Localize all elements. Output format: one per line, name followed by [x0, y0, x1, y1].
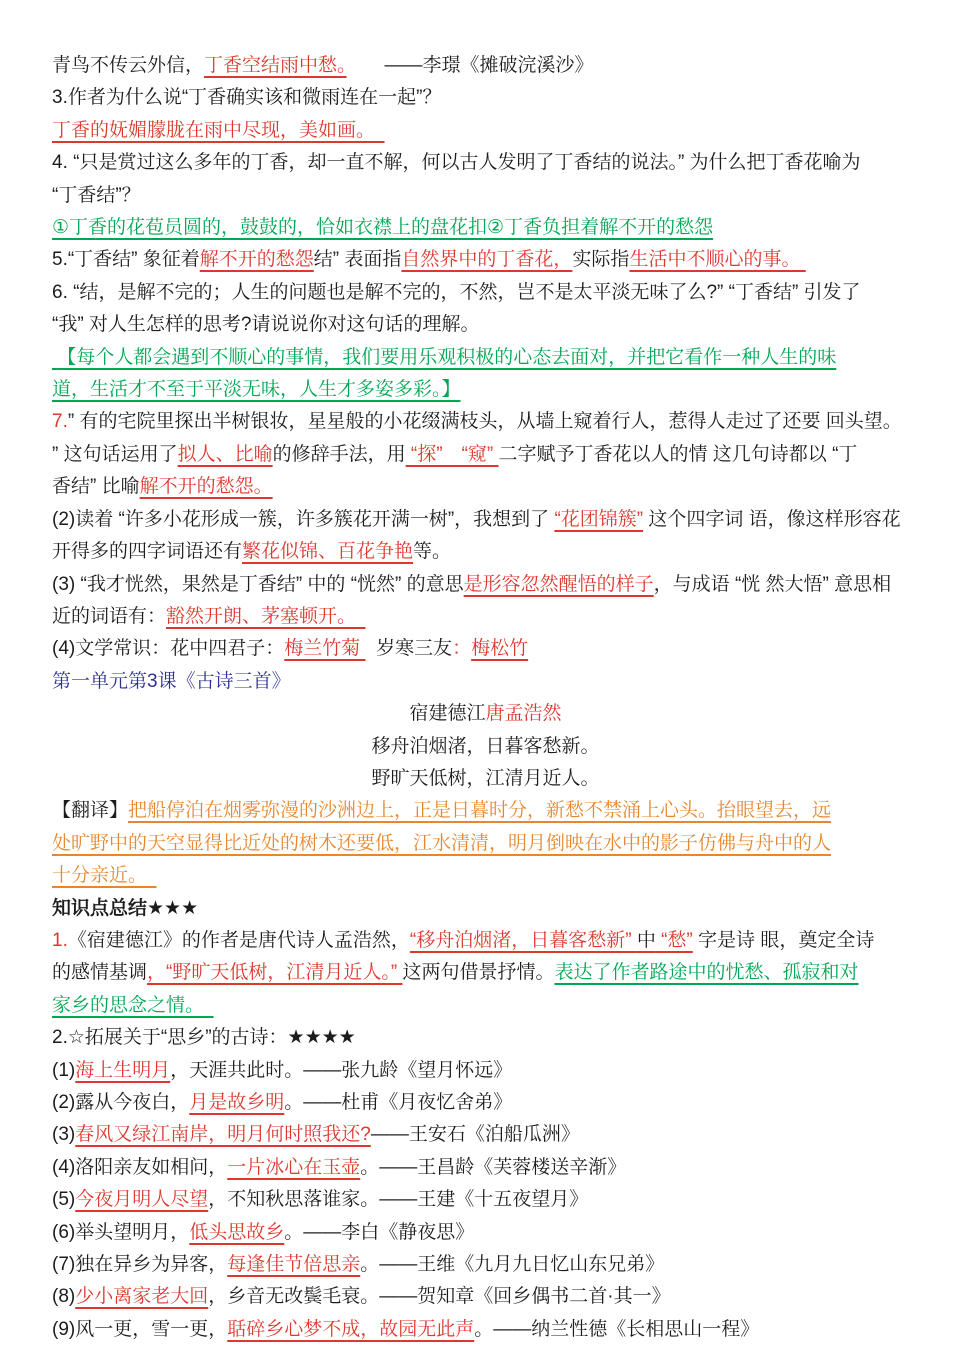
- text-run: 月是故乡明: [189, 1092, 284, 1113]
- text-run: (8): [52, 1286, 75, 1307]
- text-run: ，“野旷天低树，江清月近人。”: [147, 962, 402, 983]
- text-run: 今夜月明人尽望: [75, 1189, 208, 1210]
- text-run: (3) “我才恍然，果然是丁香结” 中的 “恍然” 的意思: [52, 574, 464, 595]
- text-run: 道，生活才不至于平淡无味，人生才多姿多彩。】: [52, 379, 461, 400]
- text-run: 香结” 比喻: [52, 476, 140, 497]
- text-line: 移舟泊烟渚，日暮客愁新。: [52, 731, 919, 763]
- text-line: 野旷天低树，江清月近人。: [52, 763, 919, 795]
- text-run: 生活中不顺心的事。: [629, 249, 805, 270]
- text-run: 处旷野中的天空显得比近处的树木还要低，江水清清，明月倒映在水中的影子仿佛与舟中的…: [52, 833, 831, 854]
- text-line: 【翻译】把船停泊在烟雾弥漫的沙洲边上，正是日暮时分，新愁不禁涌上心头。抬眼望去，…: [52, 795, 919, 827]
- text-line: 4. “只是赏过这么多年的丁香，却一直不解，何以古人发明了丁香结的说法。” 为什…: [52, 147, 919, 179]
- text-run: 一片冰心在玉壶: [227, 1157, 360, 1178]
- text-run: 6. “结，是解不完的；人生的问题也是解不完的，不然，岂不是太平淡无味了么?” …: [52, 282, 861, 303]
- text-run: 近的词语有：: [52, 606, 166, 627]
- text-line: (1)海上生明月，天涯共此时。——张九龄《望月怀远》: [52, 1055, 919, 1087]
- text-run: 青鸟不传云外信，: [52, 55, 204, 76]
- text-run: “探” “窥”: [406, 444, 499, 465]
- text-run: 二字赋予丁香花以人的情 这几句诗都以 “丁: [499, 444, 858, 465]
- text-run: 是形容忽然醒悟的样子: [464, 574, 654, 595]
- text-run: 。——杜甫《月夜忆舍弟》: [284, 1092, 512, 1113]
- text-run: ” 这句话运用了: [52, 444, 178, 465]
- text-line: 宿建德江唐孟浩然: [52, 698, 919, 730]
- text-run: 丁香的妩媚朦胧在雨中尽现，美如画。: [52, 120, 385, 141]
- text-line: (2)露从今夜白，月是故乡明。——杜甫《月夜忆舍弟》: [52, 1087, 919, 1119]
- text-run: 这两句借景抒情。: [402, 962, 554, 983]
- text-line: (6)举头望明月，低头思故乡。——李白《静夜思》: [52, 1217, 919, 1249]
- text-line: 开得多的四字词语还有繁花似锦、百花争艳等。: [52, 536, 919, 568]
- text-line: (4)文学常识：花中四君子：梅兰竹菊 岁寒三友：梅松竹: [52, 633, 919, 665]
- text-run: “愁”: [656, 930, 693, 951]
- text-run: 【每个人都会遇到不顺心的事情，我们要用乐观积极的心态去面对，并把它看作一种人生的…: [52, 347, 836, 368]
- text-run: (4)文学常识：花中四君子：: [52, 638, 284, 659]
- text-run: ①丁香的花苞员圆的，鼓鼓的，恰如衣襟上的盘花扣②丁香负担着解不开的愁怨: [52, 217, 713, 238]
- text-run: 豁然开朗、茅塞顿开。: [166, 606, 366, 627]
- text-line: 近的词语有：豁然开朗、茅塞顿开。: [52, 601, 919, 633]
- text-run: 开得多的四字词语还有: [52, 541, 242, 562]
- text-run: 低头思故乡: [189, 1222, 284, 1243]
- text-line: (4)洛阳亲友如相问，一片冰心在玉壶。——王昌龄《芙蓉楼送辛渐》: [52, 1152, 919, 1184]
- text-line: 丁香的妩媚朦胧在雨中尽现，美如画。: [52, 115, 919, 147]
- text-line: (9)风一更，雪一更，聒碎乡心梦不成，故园无此声。——纳兰性德《长相思山一程》: [52, 1314, 919, 1346]
- text-line: 3.作者为什么说“丁香确实该和微雨连在一起”？: [52, 82, 919, 114]
- text-run: (7)独在异乡为异客，: [52, 1254, 227, 1275]
- text-run: 中: [637, 930, 656, 951]
- text-run: 的修辞手法，用: [273, 444, 406, 465]
- document-page: 青鸟不传云外信，丁香空结雨中愁。 ——李璟《摊破浣溪沙》3.作者为什么说“丁香确…: [0, 0, 965, 1365]
- text-run: (5): [52, 1189, 75, 1210]
- text-run: 这个四字词 语，像这样形容花: [643, 509, 901, 530]
- text-line: 7.” 有的宅院里探出半树银妆，星星般的小花缀满枝头，从墙上窥着行人，惹得人走过…: [52, 406, 919, 438]
- text-run: 。——纳兰性德《长相思山一程》: [474, 1319, 759, 1340]
- text-run: 《宿建德江》的作者是唐代诗人孟浩然，: [68, 930, 410, 951]
- text-line: (3)春风又绿江南岸，明月何时照我还?——王安石《泊船瓜洲》: [52, 1119, 919, 1151]
- text-run: “我” 对人生怎样的思考?请说说你对这句话的理解。: [52, 314, 480, 335]
- text-run: 少小离家老大回: [75, 1286, 208, 1307]
- text-run: 知识点总结★★★: [52, 898, 198, 919]
- text-line: 5.“丁香结” 象征着解不开的愁怨结” 表面指自然界中的丁香花，实际指生活中不顺…: [52, 244, 919, 276]
- text-run: 表达了作者路途中的忧愁、孤寂和对: [554, 962, 858, 983]
- text-run: 繁花似锦、百花争艳: [242, 541, 413, 562]
- text-run: 每逢佳节倍思亲: [227, 1254, 360, 1275]
- text-run: 第一单元第3课《古诗三首》: [52, 671, 291, 692]
- text-run: 解不开的愁怨: [200, 249, 314, 270]
- text-run: (6)举头望明月，: [52, 1222, 189, 1243]
- text-run: 的感情基调: [52, 962, 147, 983]
- text-line: 的感情基调，“野旷天低树，江清月近人。” 这两句借景抒情。表达了作者路途中的忧愁…: [52, 957, 919, 989]
- text-run: 自然界中的丁香花，: [401, 249, 572, 270]
- text-run: 解不开的愁怨。: [140, 476, 273, 497]
- text-run: (3): [52, 1124, 75, 1145]
- text-run: ：: [452, 638, 471, 659]
- text-line: 知识点总结★★★: [52, 893, 919, 925]
- text-run: 丁香空结雨中愁。: [204, 55, 347, 76]
- text-run: (2)露从今夜白，: [52, 1092, 189, 1113]
- text-run: 。——李白《静夜思》: [284, 1222, 474, 1243]
- text-run: 海上生明月: [75, 1060, 170, 1081]
- text-run: ，不知秋思落谁家。——王建《十五夜望月》: [208, 1189, 588, 1210]
- text-run: 。——王昌龄《芙蓉楼送辛渐》: [360, 1157, 626, 1178]
- text-line: 青鸟不传云外信，丁香空结雨中愁。 ——李璟《摊破浣溪沙》: [52, 50, 919, 82]
- text-run: 家乡的思念之情。: [52, 995, 214, 1016]
- text-run: 7.: [52, 411, 68, 432]
- text-run: 移舟泊烟渚，日暮客愁新。: [371, 736, 599, 757]
- text-line: (8)少小离家老大回，乡音无改鬓毛衰。——贺知章《回乡偶书二首·其一》: [52, 1281, 919, 1313]
- text-line: “丁香结”？: [52, 180, 919, 212]
- text-run: (2)读着 “许多小花形成一簇，许多簇花开满一树”，我想到了: [52, 509, 554, 530]
- text-run: 拟人、比喻: [178, 444, 273, 465]
- text-line: 十分亲近。: [52, 860, 919, 892]
- text-run: 3.作者为什么说“丁香确实该和微雨连在一起”？: [52, 87, 442, 108]
- text-run: ——李璟《摊破浣溪沙》: [347, 55, 594, 76]
- text-run: 字是诗 眼，奠定全诗: [693, 930, 875, 951]
- text-run: 岁寒三友: [366, 638, 453, 659]
- text-line: 处旷野中的天空显得比近处的树木还要低，江水清清，明月倒映在水中的影子仿佛与舟中的…: [52, 828, 919, 860]
- text-run: 1.: [52, 930, 68, 951]
- text-run: 实际指: [572, 249, 629, 270]
- text-run: 【翻译】: [52, 800, 128, 821]
- text-run: 。——王维《九月九日忆山东兄弟》: [360, 1254, 664, 1275]
- text-line: ①丁香的花苞员圆的，鼓鼓的，恰如衣襟上的盘花扣②丁香负担着解不开的愁怨: [52, 212, 919, 244]
- text-run: 把船停泊在烟雾弥漫的沙洲边上，正是日暮时分，新愁不禁涌上心头。抬眼望去，远: [128, 800, 831, 821]
- text-run: 唐孟浩然: [486, 703, 562, 724]
- text-run: ，乡音无改鬓毛衰。——贺知章《回乡偶书二首·其一》: [208, 1286, 670, 1307]
- text-run: 野旷天低树，江清月近人。: [371, 768, 599, 789]
- text-run: 十分亲近。: [52, 865, 157, 886]
- text-run: 梅松竹: [471, 638, 528, 659]
- text-run: “丁香结”？: [52, 185, 141, 206]
- text-run: “花团锦簇”: [554, 509, 643, 530]
- text-line: 第一单元第3课《古诗三首》: [52, 666, 919, 698]
- text-line: 家乡的思念之情。: [52, 990, 919, 1022]
- text-line: 香结” 比喻解不开的愁怨。: [52, 471, 919, 503]
- text-run: (9)风一更，雪一更，: [52, 1319, 227, 1340]
- text-line: (5)今夜月明人尽望，不知秋思落谁家。——王建《十五夜望月》: [52, 1184, 919, 1216]
- text-run: ——王安石《泊船瓜洲》: [371, 1124, 580, 1145]
- text-run: 5.“丁香结” 象征着: [52, 249, 200, 270]
- text-line: 【每个人都会遇到不顺心的事情，我们要用乐观积极的心态去面对，并把它看作一种人生的…: [52, 342, 919, 374]
- text-run: 2.☆拓展关于“思乡”的古诗：★★★★: [52, 1027, 356, 1048]
- text-line: 2.☆拓展关于“思乡”的古诗：★★★★: [52, 1022, 919, 1054]
- text-run: “移舟泊烟渚，日暮客愁新”: [410, 930, 637, 951]
- text-run: 结” 表面指: [314, 249, 402, 270]
- text-run: 等。: [413, 541, 451, 562]
- text-line: 1.《宿建德江》的作者是唐代诗人孟浩然，“移舟泊烟渚，日暮客愁新” 中 “愁” …: [52, 925, 919, 957]
- text-run: 梅兰竹菊: [284, 638, 365, 659]
- text-line: (7)独在异乡为异客，每逢佳节倍思亲。——王维《九月九日忆山东兄弟》: [52, 1249, 919, 1281]
- text-line: (2)读着 “许多小花形成一簇，许多簇花开满一树”，我想到了 “花团锦簇” 这个…: [52, 504, 919, 536]
- text-run: 春风又绿江南岸，明月何时照我还?: [75, 1124, 371, 1145]
- text-line: 6. “结，是解不完的；人生的问题也是解不完的，不然，岂不是太平淡无味了么?” …: [52, 277, 919, 309]
- text-line: (3) “我才恍然，果然是丁香结” 中的 “恍然” 的意思是形容忽然醒悟的样子，…: [52, 569, 919, 601]
- text-run: ，与成语 “恍 然大悟” 意思相: [654, 574, 892, 595]
- text-line: ” 这句话运用了拟人、比喻的修辞手法，用 “探” “窥” 二字赋予丁香花以人的情…: [52, 439, 919, 471]
- text-line: 道，生活才不至于平淡无味，人生才多姿多彩。】: [52, 374, 919, 406]
- text-line: “我” 对人生怎样的思考?请说说你对这句话的理解。: [52, 309, 919, 341]
- text-run: (1): [52, 1060, 75, 1081]
- text-run: (4)洛阳亲友如相问，: [52, 1157, 227, 1178]
- text-run: 4. “只是赏过这么多年的丁香，却一直不解，何以古人发明了丁香结的说法。” 为什…: [52, 152, 861, 173]
- text-run: ，天涯共此时。——张九龄《望月怀远》: [170, 1060, 512, 1081]
- text-run: ” 有的宅院里探出半树银妆，星星般的小花缀满枝头，从墙上窥着行人，惹得人走过了还…: [68, 411, 902, 432]
- text-run: 聒碎乡心梦不成，故园无此声: [227, 1319, 474, 1340]
- text-run: 宿建德江: [409, 703, 485, 724]
